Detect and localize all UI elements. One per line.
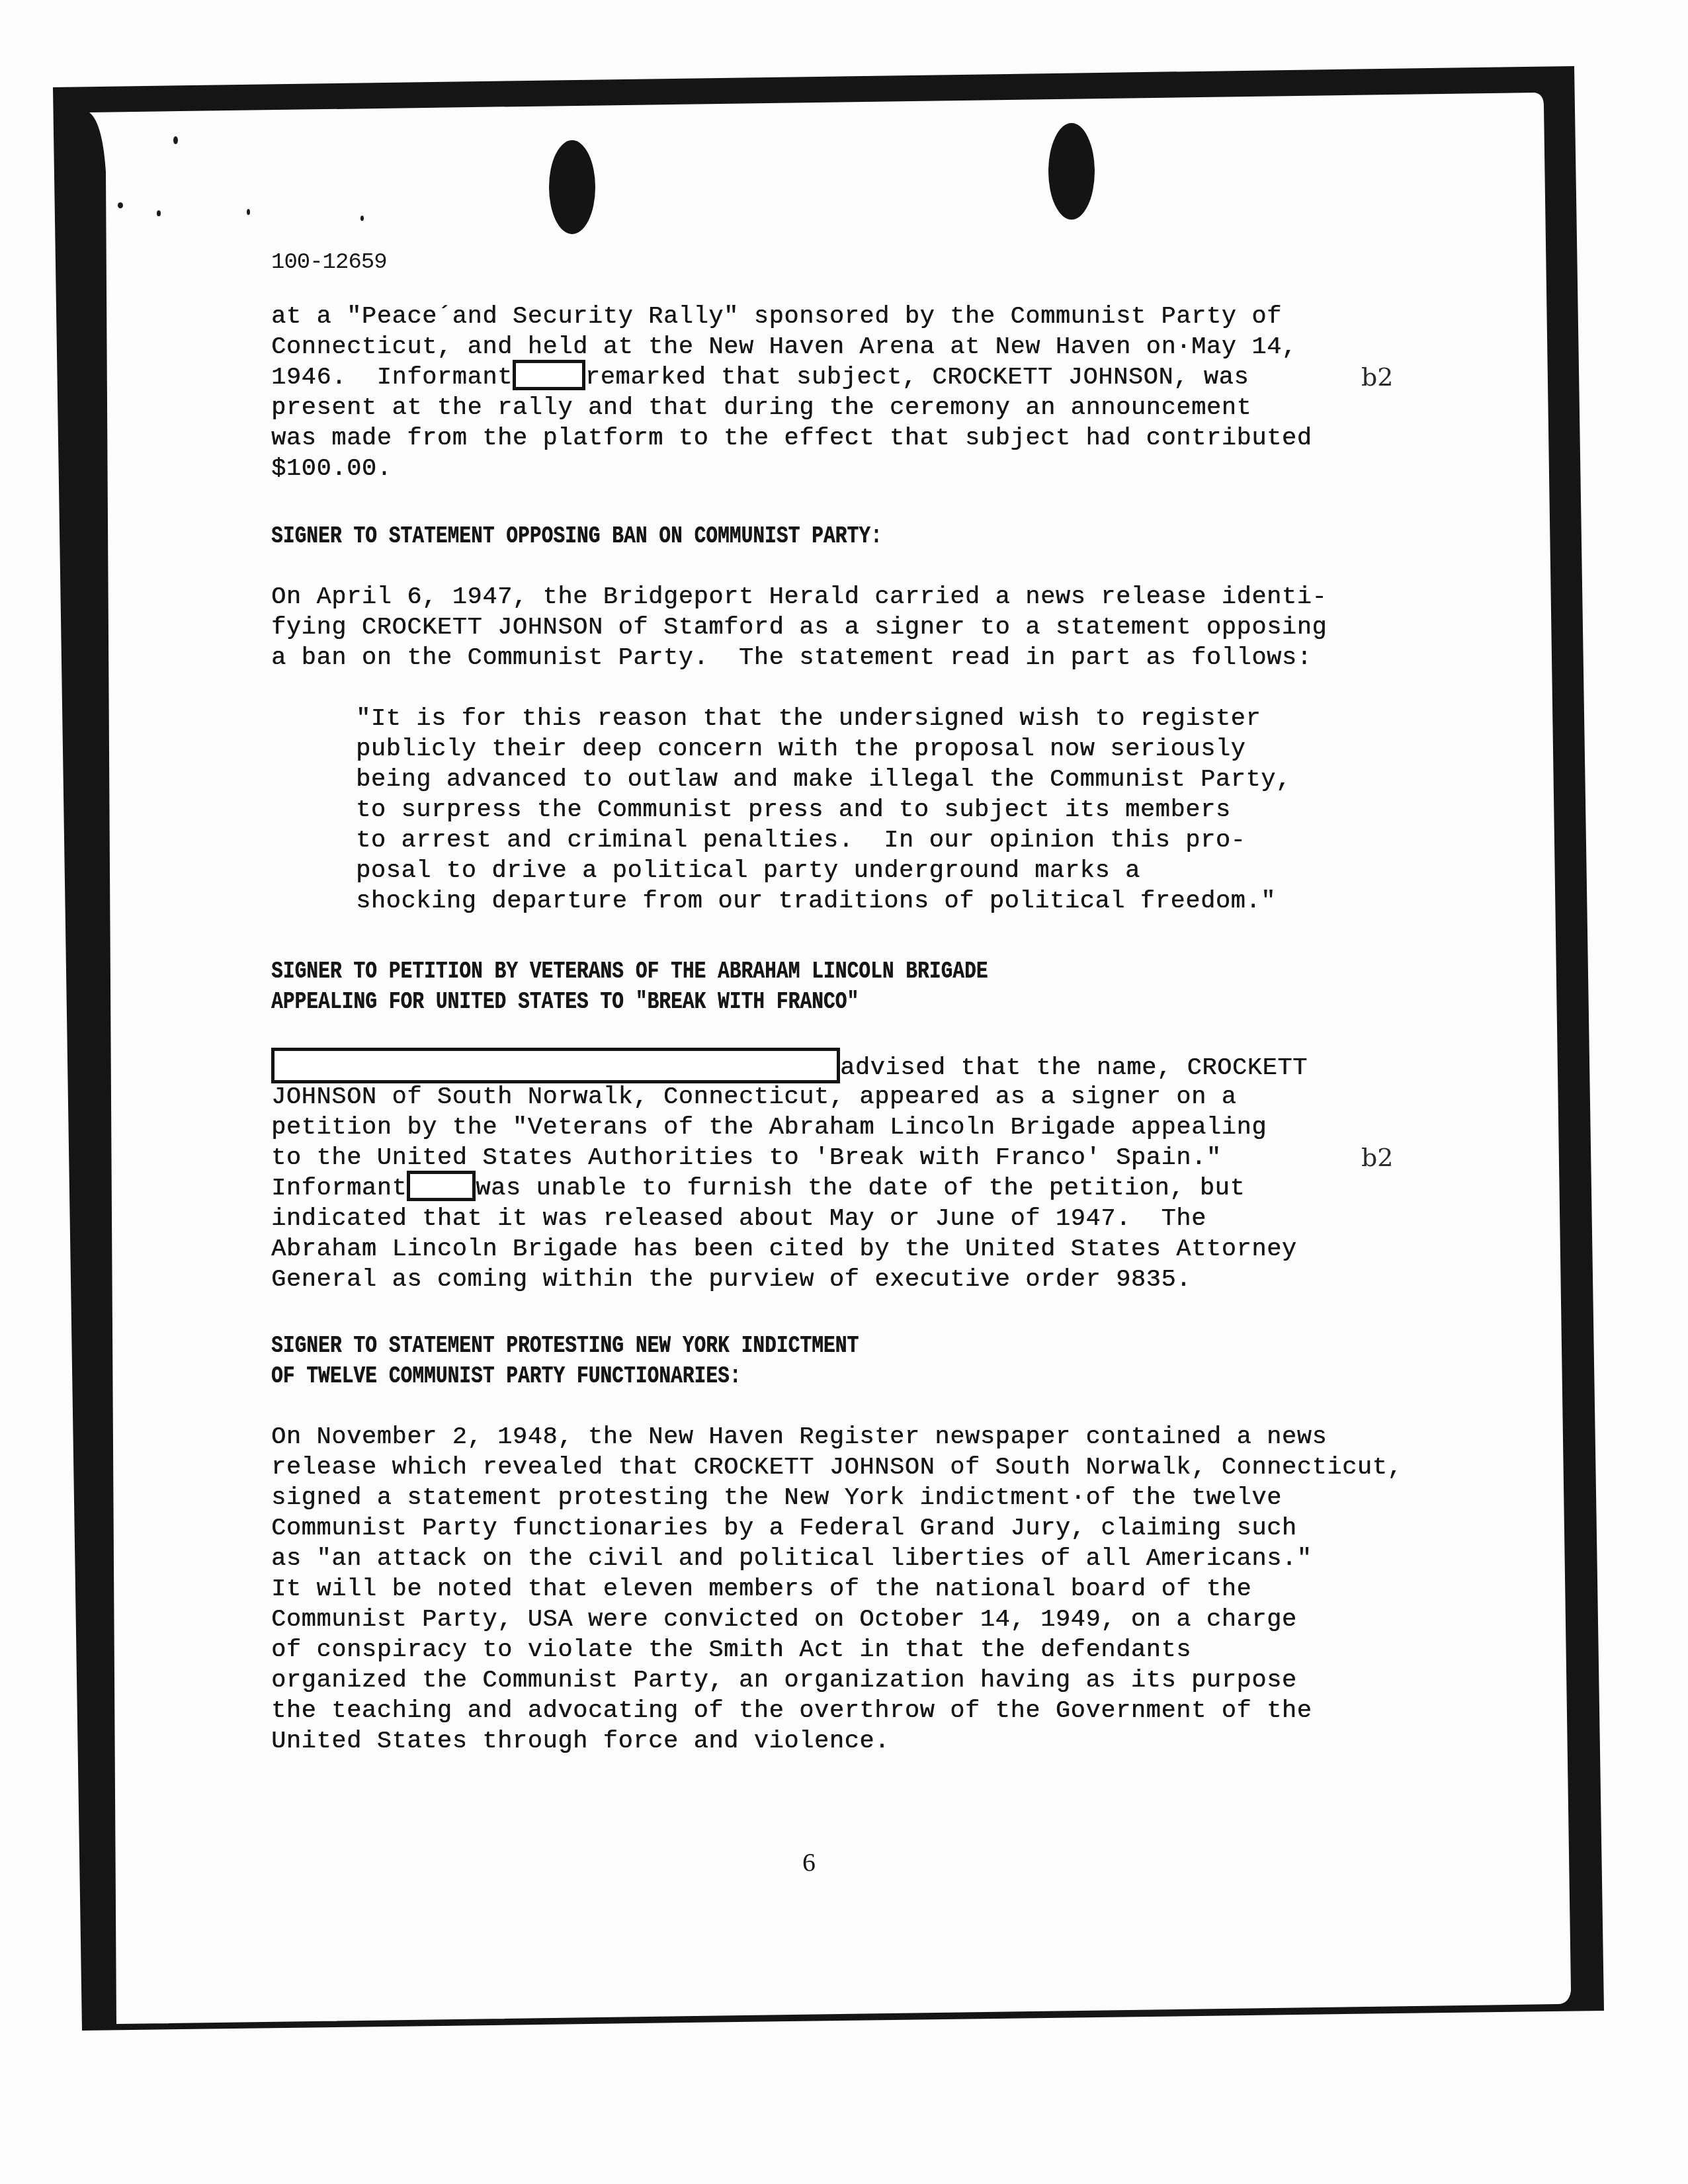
body-text-line: On April 6, 1947, the Bridgeport Herald … [271, 582, 1327, 612]
quoted-text-line: being advanced to outlaw and make illega… [356, 765, 1291, 795]
quoted-text-line: shocking departure from our traditions o… [356, 886, 1276, 917]
body-text-line: fying CROCKETT JOHNSON of Stamford as a … [271, 612, 1327, 643]
redaction-box [513, 360, 585, 390]
quoted-text-line: to surpress the Communist press and to s… [356, 795, 1231, 825]
file-number: 100-12659 [271, 250, 387, 275]
punch-hole-right [1048, 123, 1095, 220]
quoted-text-line: "It is for this reason that the undersig… [356, 704, 1261, 734]
quoted-text-line: posal to drive a political party undergr… [356, 856, 1140, 886]
redaction-box [407, 1171, 476, 1201]
body-text-line: release which revealed that CROCKETT JOH… [271, 1452, 1402, 1483]
body-text-line: of conspiracy to violate the Smith Act i… [271, 1635, 1191, 1665]
body-text-line: the teaching and advocating of the overt… [271, 1696, 1312, 1726]
redaction-box [271, 1048, 840, 1083]
body-text-line: Communist Party, USA were convicted on O… [271, 1605, 1297, 1635]
text-segment: 1946. Informant [271, 364, 513, 392]
body-text-line: Abraham Lincoln Brigade has been cited b… [271, 1234, 1297, 1265]
section-heading-line: SIGNER TO STATEMENT OPPOSING BAN ON COMM… [271, 521, 882, 552]
punch-hole-left [549, 140, 595, 234]
quoted-text-line: to arrest and criminal penalties. In our… [356, 825, 1245, 856]
scan-speck [360, 216, 364, 221]
body-text-line: General as coming within the purview of … [271, 1265, 1191, 1295]
scan-speck [247, 209, 250, 215]
text-segment: was unable to furnish the date of the pe… [476, 1175, 1245, 1202]
body-text-line: 1946. Informantremarked that subject, CR… [271, 362, 1249, 393]
body-text-line: Connecticut, and held at the New Haven A… [271, 332, 1297, 362]
body-text-line: $100.00. [271, 454, 392, 484]
body-text-line: at a "Peace´and Security Rally" sponsore… [271, 302, 1282, 332]
section-heading-line: SIGNER TO STATEMENT PROTESTING NEW YORK … [271, 1331, 859, 1361]
body-text-line: It will be noted that eleven members of … [271, 1574, 1251, 1605]
body-text-line: United States through force and violence… [271, 1726, 890, 1757]
text-segment: advised that the name, CROCKETT [840, 1054, 1308, 1082]
text-segment: Informant [271, 1175, 407, 1202]
text-segment: remarked that subject, CROCKETT JOHNSON,… [585, 364, 1249, 392]
section-heading-line: APPEALING FOR UNITED STATES TO "BREAK WI… [271, 987, 859, 1017]
scan-speck [173, 136, 178, 144]
body-text-line: On November 2, 1948, the New Haven Regis… [271, 1422, 1327, 1452]
body-text-line: signed a statement protesting the New Yo… [271, 1483, 1282, 1513]
section-heading-line: OF TWELVE COMMUNIST PARTY FUNCTIONARIES: [271, 1361, 741, 1392]
body-text-line: to the United States Authorities to 'Bre… [271, 1143, 1222, 1173]
body-text-line: JOHNSON of South Norwalk, Connecticut, a… [271, 1082, 1236, 1113]
body-text-line: petition by the "Veterans of the Abraham… [271, 1113, 1267, 1143]
body-text-line: advised that the name, CROCKETT [271, 1052, 1308, 1082]
scan-speck [157, 210, 161, 216]
exemption-code-b2: b2 [1361, 1143, 1394, 1172]
scan-speck [118, 202, 123, 208]
body-text-line: present at the rally and that during the… [271, 393, 1251, 423]
body-text-line: indicated that it was released about May… [271, 1204, 1206, 1234]
body-text-line: organized the Communist Party, an organi… [271, 1665, 1297, 1696]
quoted-text-line: publicly their deep concern with the pro… [356, 734, 1245, 765]
body-text-line: was made from the platform to the effect… [271, 423, 1312, 454]
section-heading-line: SIGNER TO PETITION BY VETERANS OF THE AB… [271, 956, 988, 987]
body-text-line: Informantwas unable to furnish the date … [271, 1173, 1245, 1204]
exemption-code-b2: b2 [1361, 362, 1394, 392]
body-text-line: a ban on the Communist Party. The statem… [271, 643, 1312, 673]
body-text-line: as "an attack on the civil and political… [271, 1544, 1312, 1574]
page-number: 6 [802, 1847, 816, 1878]
body-text-line: Communist Party functionaries by a Feder… [271, 1513, 1297, 1544]
